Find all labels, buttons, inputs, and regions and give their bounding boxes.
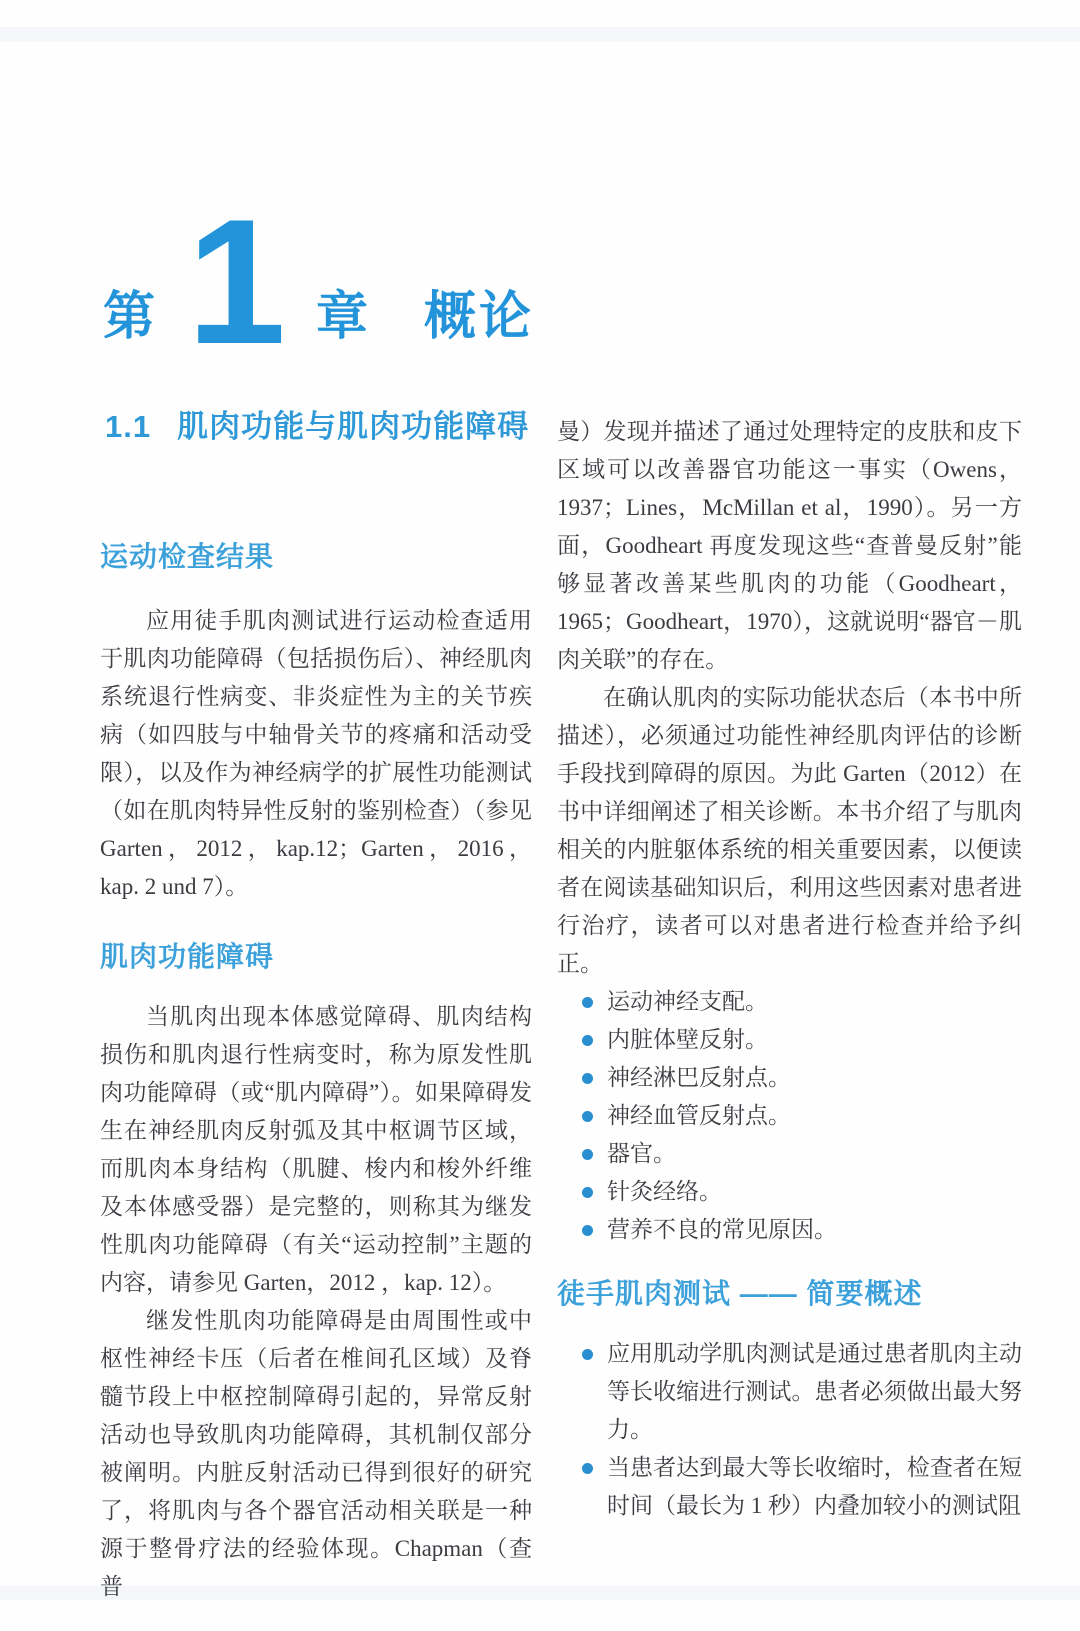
list-item: 神经血管反射点。 (557, 1097, 1022, 1135)
list-item: 应用肌动学肌肉测试是通过患者肌肉主动等长收缩进行测试。患者必须做出最大努力。 (557, 1335, 1022, 1449)
list-item-label: 应用肌动学肌肉测试是通过患者肌肉主动等长收缩进行测试。患者必须做出最大努力。 (607, 1335, 1022, 1449)
section-title: 肌肉功能与肌肉功能障碍 (177, 406, 529, 448)
bullet-icon (582, 1349, 593, 1360)
section-heading: 1.1 肌肉功能与肌肉功能障碍 (105, 406, 529, 448)
subheading-motor-exam-results: 运动检查结果 (100, 538, 532, 576)
list-item: 当患者达到最大等长收缩时，检查者在短时间（最长为 1 秒）内叠加较小的测试阻 (557, 1449, 1022, 1525)
book-page: 第 1 章 概论 1.1 肌肉功能与肌肉功能障碍 运动检查结果 应用徒手肌肉测试… (0, 0, 1080, 1631)
paragraph: 应用徒手肌肉测试进行运动检查适用于肌肉功能障碍（包括损伤后）、神经肌肉系统退行性… (100, 602, 532, 906)
list-item-label: 运动神经支配。 (607, 983, 1022, 1021)
bullet-icon (582, 1111, 593, 1122)
bullet-icon (582, 1035, 593, 1046)
bullet-icon (582, 997, 593, 1008)
paragraph: 在确认肌肉的实际功能状态后（本书中所描述），必须通过功能性神经肌肉评估的诊断手段… (557, 679, 1022, 983)
bullet-icon (582, 1225, 593, 1236)
chapter-title: 概论 (424, 291, 534, 348)
list-item-label: 神经血管反射点。 (607, 1097, 1022, 1135)
list-item-label: 当患者达到最大等长收缩时，检查者在短时间（最长为 1 秒）内叠加较小的测试阻 (607, 1449, 1022, 1525)
bullet-icon (582, 1149, 593, 1160)
list-item-label: 针灸经络。 (607, 1173, 1022, 1211)
list-item-label: 内脏体壁反射。 (607, 1021, 1022, 1059)
list-item-label: 神经淋巴反射点。 (607, 1059, 1022, 1097)
paragraph: 当肌肉出现本体感觉障碍、肌肉结构损伤和肌肉退行性病变时，称为原发性肌肉功能障碍（… (100, 998, 532, 1302)
list-item-label: 器官。 (607, 1135, 1022, 1173)
paragraph: 继发性肌肉功能障碍是由周围性或中枢性神经卡压（后者在椎间孔区域）及脊髓节段上中枢… (100, 1302, 532, 1606)
left-column: 运动检查结果 应用徒手肌肉测试进行运动检查适用于肌肉功能障碍（包括损伤后）、神经… (100, 538, 532, 1606)
subheading-muscle-dysfunction: 肌肉功能障碍 (100, 938, 532, 976)
bullet-icon (582, 1187, 593, 1198)
section-number: 1.1 (105, 406, 151, 448)
list-item: 器官。 (557, 1135, 1022, 1173)
list-item: 针灸经络。 (557, 1173, 1022, 1211)
list-item: 营养不良的常见原因。 (557, 1211, 1022, 1249)
chapter-marker: 章 (316, 291, 368, 348)
chapter-prefix: 第 (103, 291, 155, 348)
chapter-number: 1 (187, 216, 286, 348)
list-item: 内脏体壁反射。 (557, 1021, 1022, 1059)
bullet-icon (582, 1463, 593, 1474)
list-item-label: 营养不良的常见原因。 (607, 1211, 1022, 1249)
subheading-manual-muscle-test-overview: 徒手肌肉测试 —— 简要概述 (557, 1275, 1022, 1313)
bullet-icon (582, 1073, 593, 1084)
list-item: 运动神经支配。 (557, 983, 1022, 1021)
right-column: 曼）发现并描述了通过处理特定的皮肤和皮下区域可以改善器官功能这一事实（Owens… (557, 413, 1022, 1525)
photo-artifact-band-top (0, 27, 1080, 42)
list-item: 神经淋巴反射点。 (557, 1059, 1022, 1097)
chapter-heading: 第 1 章 概论 (103, 203, 534, 348)
paragraph: 曼）发现并描述了通过处理特定的皮肤和皮下区域可以改善器官功能这一事实（Owens… (557, 413, 1022, 679)
